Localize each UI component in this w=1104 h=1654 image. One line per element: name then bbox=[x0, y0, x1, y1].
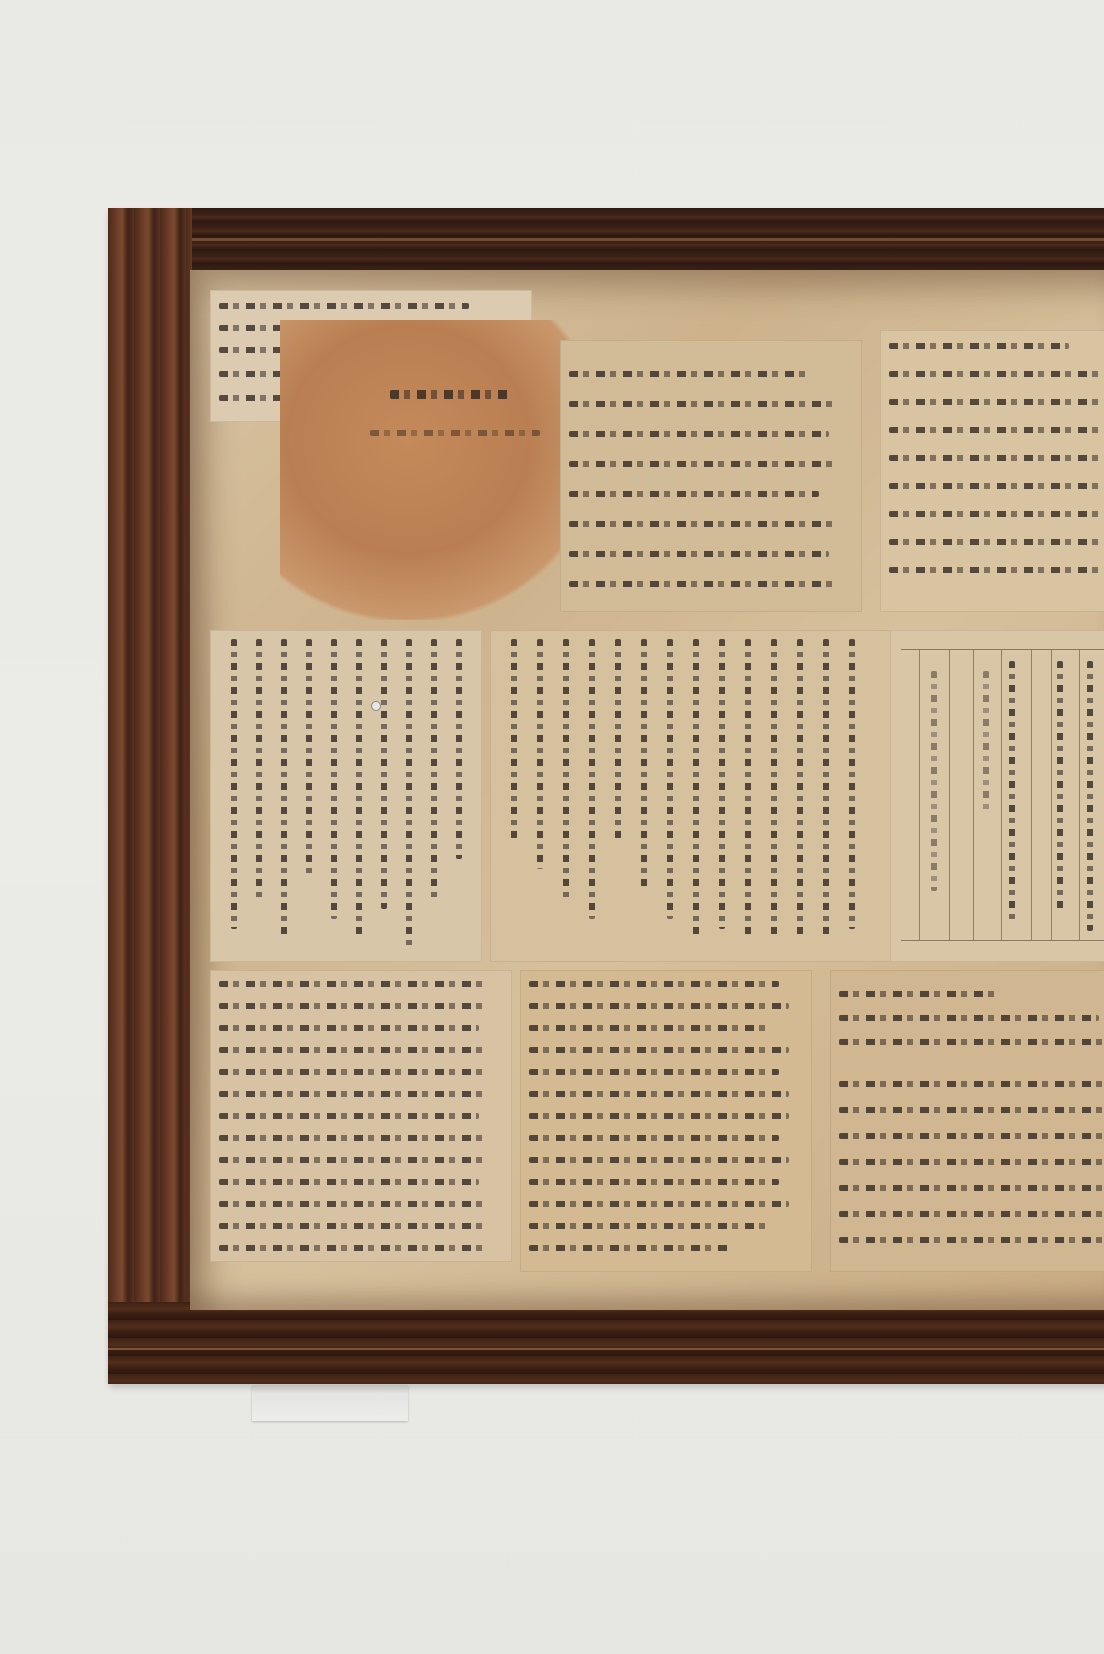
frame-bottom-rail bbox=[108, 1302, 1104, 1384]
document-top-right bbox=[880, 330, 1104, 612]
frame-left-rail bbox=[108, 208, 192, 1384]
document-top-center bbox=[560, 340, 862, 612]
document-bottom-center bbox=[520, 970, 812, 1272]
document-middle-center bbox=[490, 630, 892, 962]
document-bottom-right bbox=[830, 970, 1104, 1272]
pin-hole bbox=[371, 701, 381, 711]
document-middle-left bbox=[210, 630, 482, 962]
document-ruled-form bbox=[890, 630, 1104, 962]
document-bottom-left bbox=[210, 970, 512, 1262]
wooden-frame bbox=[108, 208, 1104, 1384]
museum-label-plaque bbox=[252, 1385, 408, 1421]
document-torn-patch bbox=[280, 320, 600, 620]
document-collage bbox=[190, 270, 1104, 1310]
